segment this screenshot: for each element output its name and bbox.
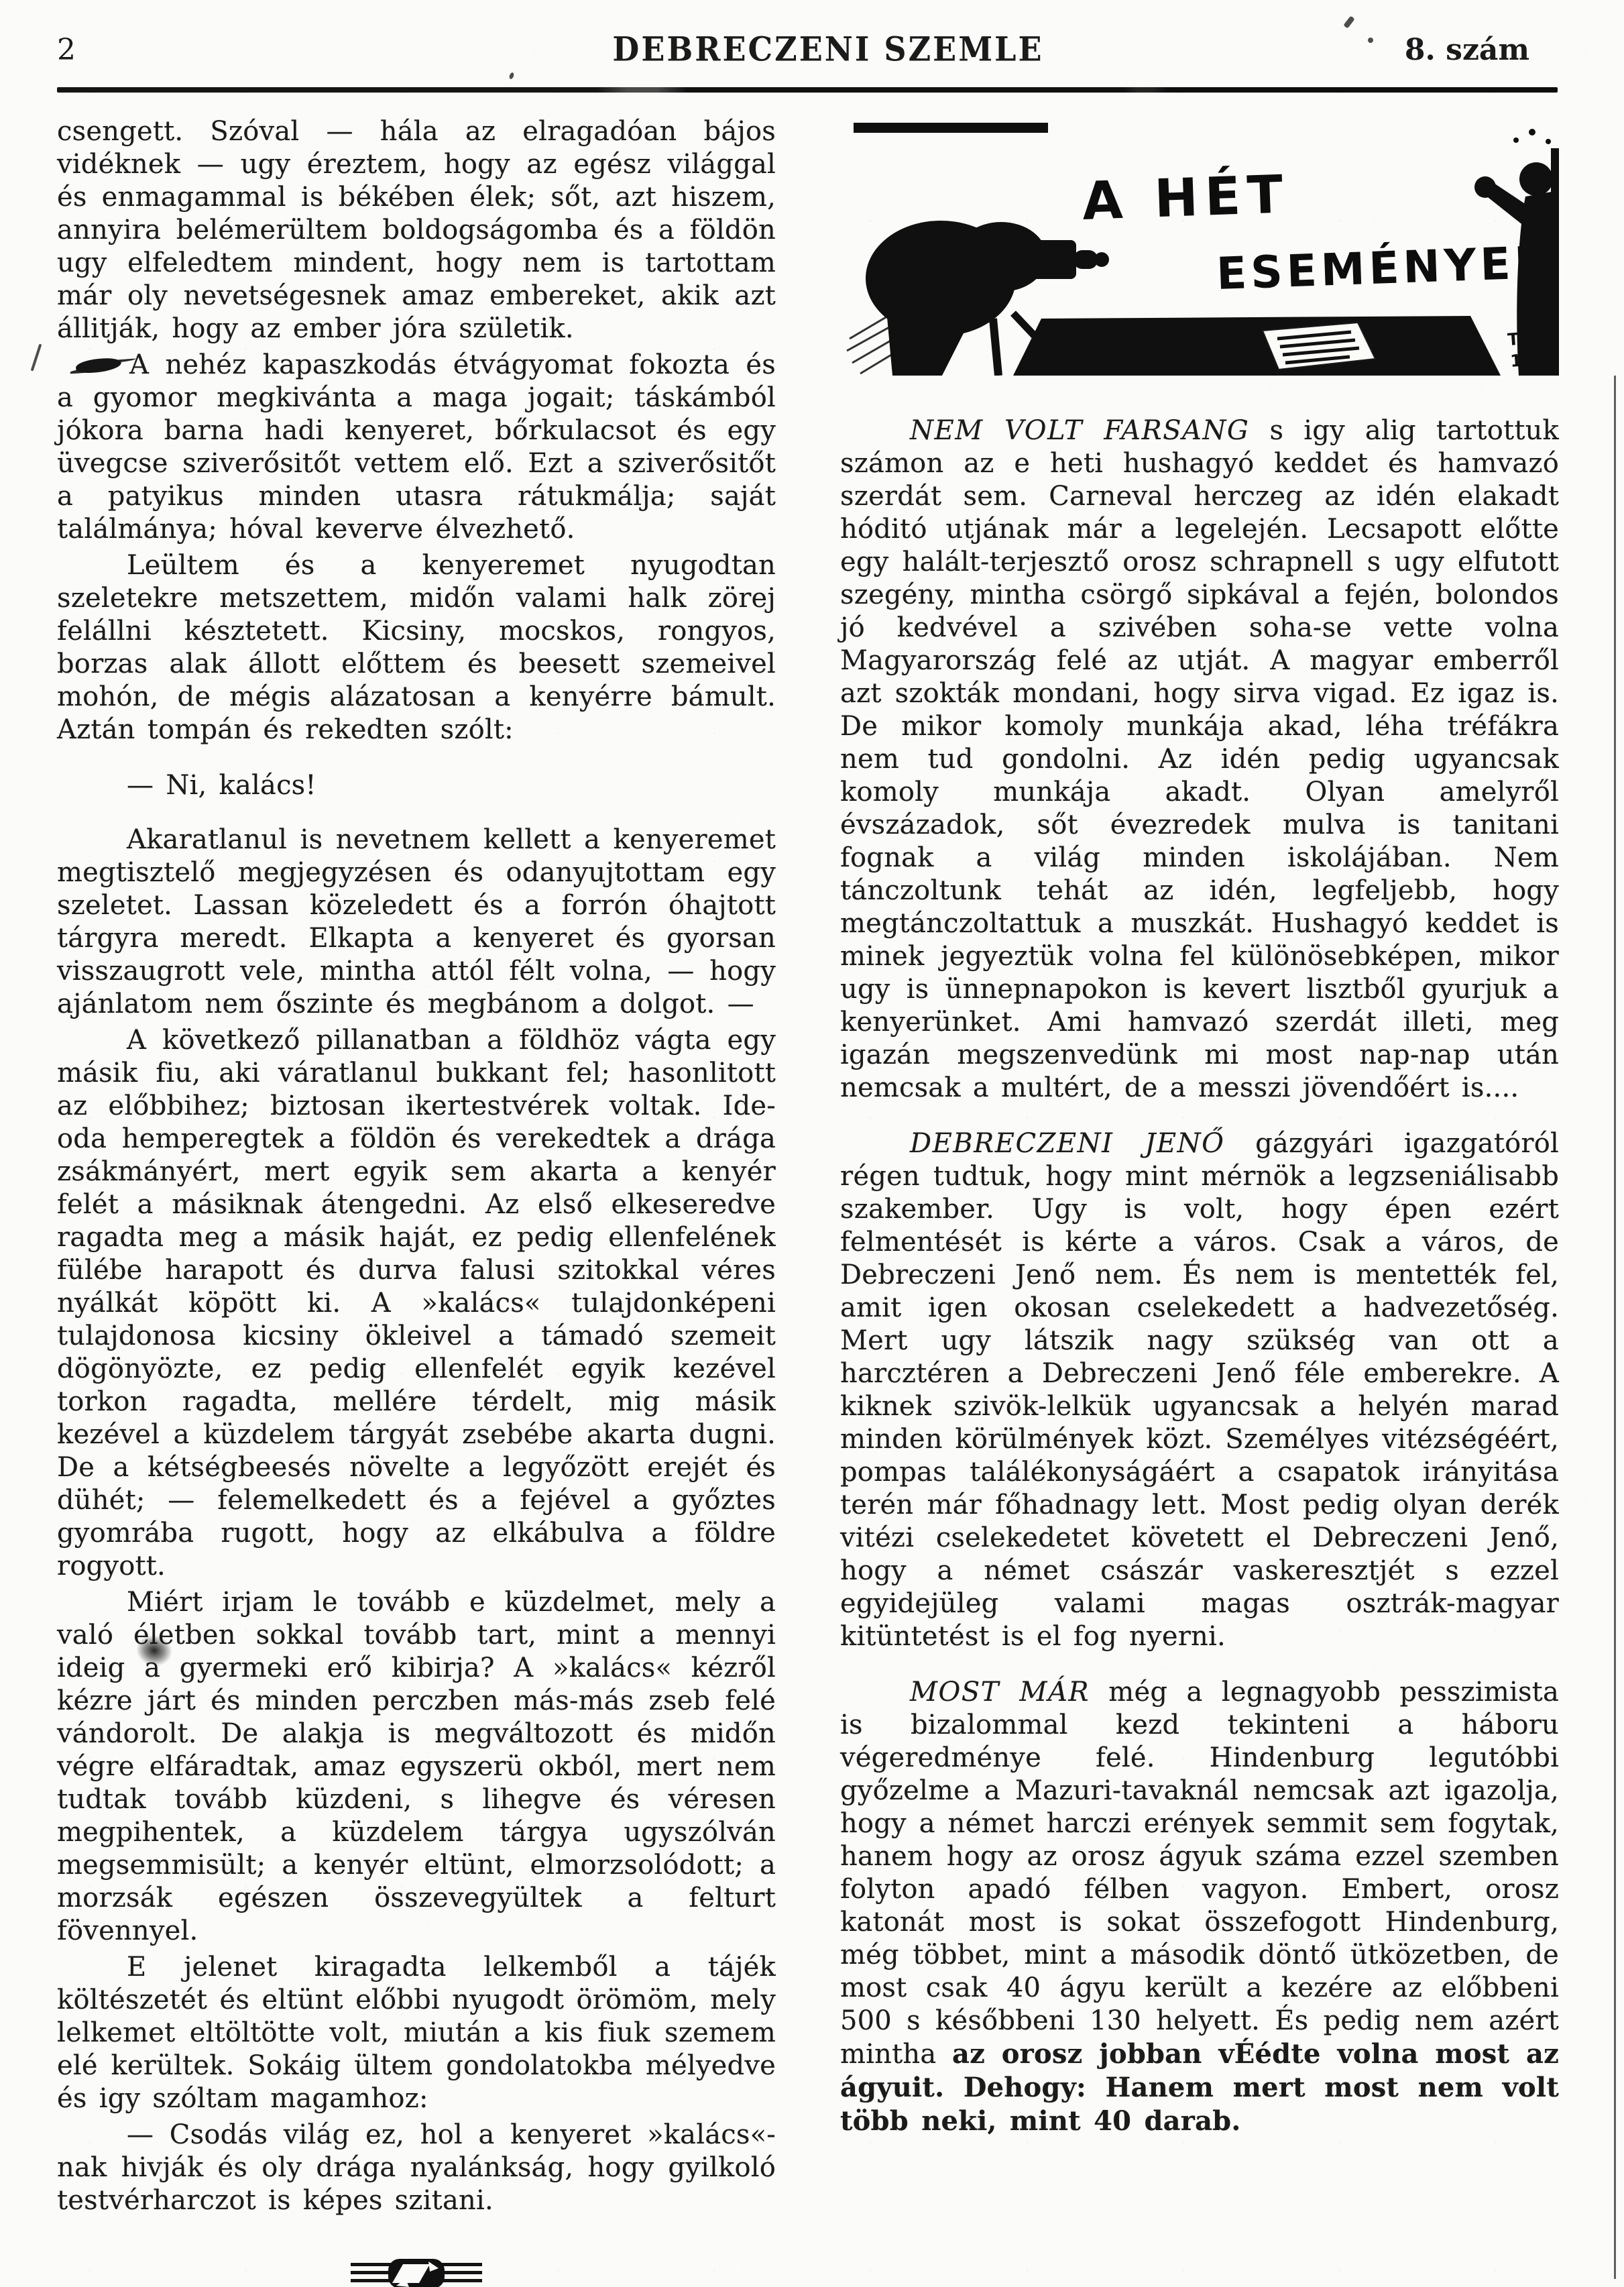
lead-phrase: NEM VOLT FARSANG <box>910 415 1249 446</box>
text-run: — Ni, kalács! <box>127 770 316 801</box>
weekly-events-illustration: A HÉT ESEMÉNYEI <box>840 117 1559 376</box>
ink-speck <box>1368 38 1373 43</box>
table-illustration <box>1013 316 1501 376</box>
paragraph: A nehéz kapaszkodás étvágyomat fokozta é… <box>57 349 776 546</box>
issue-number: 8. szám <box>1385 33 1559 67</box>
text-run: Leültem és a kenyeremet nyugodtan szelet… <box>57 550 776 745</box>
right-column-text: NEM VOLT FARSANG s igy alig tartottuk sz… <box>840 414 1559 2138</box>
left-column-text: csengett. Szóval — hála az elragadóan bá… <box>57 115 776 2217</box>
text-run: s igy alig tartottuk számon az e heti hu… <box>840 415 1559 1103</box>
ink-blot <box>75 357 121 374</box>
text-run: gyermeki erő kibirja? A »kalács« kézről … <box>57 1653 776 1946</box>
newspaper-title: DEBRECZENI SZEMLE <box>272 30 1385 68</box>
ink-speck <box>31 343 42 371</box>
paragraph: Leültem és a kenyeremet nyugodtan szelet… <box>57 549 776 746</box>
ornament-lines-right <box>441 2263 482 2282</box>
paragraph: A következő pillanatban a földhöz vágta … <box>57 1024 776 1583</box>
text-run: csengett. Szóval — hála az elragadóan bá… <box>57 116 776 344</box>
paragraph: Miért irjam le tovább e küzdelmet, mely … <box>57 1586 776 1948</box>
section-divider-ornament <box>349 2255 483 2287</box>
page-number: 2 <box>57 33 272 67</box>
artist-signature-year: 1912 <box>1509 348 1557 371</box>
paragraph: — Csodás világ ez, hol a kenyeret »kalác… <box>57 2119 776 2217</box>
text-run: a <box>144 1653 160 1683</box>
ink-speck <box>508 72 514 79</box>
paragraph: MOST MÁR még a legnagyobb pesszimista is… <box>840 1676 1559 2138</box>
illustration-title-line2: ESEMÉNYEI <box>1216 236 1536 300</box>
article-columns: csengett. Szóval — hála az elragadóan bá… <box>57 115 1559 2287</box>
text-run: még a legnagyobb pesszimista is bizalomm… <box>840 1677 1559 2070</box>
lead-phrase: DEBRECZENI JENŐ <box>910 1128 1224 1159</box>
illustration-title-line1: A HÉT <box>1081 163 1290 232</box>
masthead-bar <box>854 123 1048 133</box>
paragraph: Akaratlanul is nevetnem kellett a kenyer… <box>57 824 776 1021</box>
text-run: E jelenet kiragadta lelkemből a tájék kö… <box>57 1952 776 2114</box>
ink-speck <box>1343 15 1354 28</box>
text-run: A következő pillanatban a földhöz vágta … <box>57 1025 776 1581</box>
page-header: 2 DEBRECZENI SZEMLE 8. szám <box>57 31 1559 67</box>
right-column: A HÉT ESEMÉNYEI <box>840 115 1559 2287</box>
lead-phrase: MOST MÁR <box>910 1677 1090 1708</box>
text-run: — Csodás világ ez, hol a kenyeret »kalác… <box>57 2119 776 2216</box>
paragraph: E jelenet kiragadta lelkemből a tájék kö… <box>57 1951 776 2115</box>
newspaper-page: 2 DEBRECZENI SZEMLE 8. szám csengett. Sz… <box>0 0 1624 2287</box>
paragraph: — Ni, kalács! <box>57 769 776 802</box>
scan-edge-line <box>1614 376 1616 2279</box>
paragraph: DEBRECZENI JENŐ gázgyári igazgatóról rég… <box>840 1127 1559 1653</box>
artist-signature-name: TÓTH <box>1507 326 1559 349</box>
text-run: A nehéz kapaszkodás étvágyomat fokozta é… <box>57 349 776 545</box>
ornament-lines-left <box>351 2263 392 2282</box>
header-rule <box>57 87 1558 93</box>
left-column: csengett. Szóval — hála az elragadóan bá… <box>57 115 776 2287</box>
paragraph: csengett. Szóval — hála az elragadóan bá… <box>57 115 776 345</box>
text-run: gázgyári igazgatóról régen tudtuk, hogy … <box>840 1128 1559 1652</box>
paragraph: NEM VOLT FARSANG s igy alig tartottuk sz… <box>840 414 1559 1105</box>
text-run: Akaratlanul is nevetnem kellett a kenyer… <box>57 824 776 1019</box>
